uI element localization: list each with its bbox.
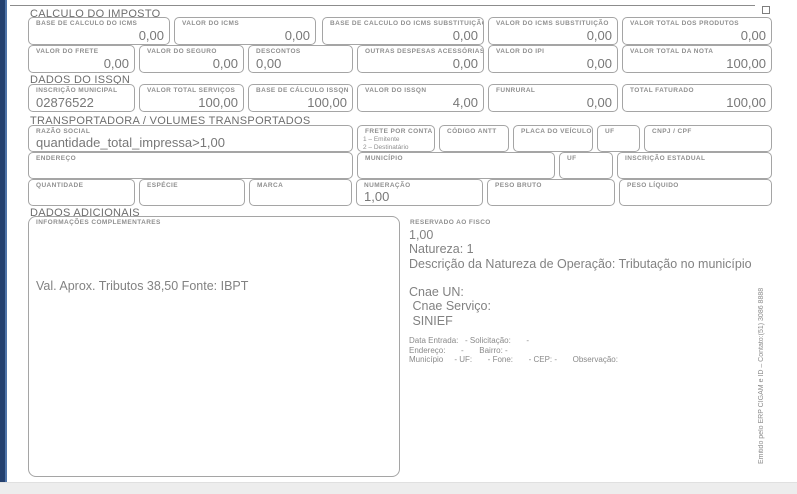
field-razao-social: RAZÃO SOCIAL quantidade_total_impressa>1… bbox=[28, 125, 353, 152]
field-label: BASE DE CALCULO DO ICMS bbox=[36, 20, 169, 27]
field-inscricao-municipal: INSCRIÇÃO MUNICIPAL 02876522 bbox=[28, 84, 135, 112]
field-uf-veiculo: UF bbox=[597, 125, 640, 152]
field-label: MARCA bbox=[257, 182, 351, 189]
fisco-line: SINIEF bbox=[409, 314, 752, 328]
field-codigo-antt: CÓDIGO ANTT bbox=[439, 125, 509, 152]
field-value bbox=[560, 176, 612, 178]
field-label: VALOR DO SEGURO bbox=[147, 48, 243, 55]
field-label: VALOR DO IPI bbox=[496, 48, 617, 55]
field-quantidade: QUANTIDADE bbox=[28, 179, 135, 206]
field-label: BASE DE CÁLCULO ISSQN bbox=[256, 87, 352, 94]
field-label: ESPÉCIE bbox=[147, 182, 244, 189]
field-value: quantidade_total_impressa>1,00 bbox=[29, 136, 352, 151]
field-label: VALOR TOTAL DA NOTA bbox=[630, 48, 771, 55]
window-left-edge-highlight bbox=[5, 0, 7, 482]
fisco-line: Descrição da Natureza de Operação: Tribu… bbox=[409, 257, 752, 271]
field-options: 1 – Emitente2 – Destinatário bbox=[363, 136, 434, 152]
field-peso-bruto: PESO BRUTO bbox=[487, 179, 615, 206]
field-descontos: DESCONTOS 0,00 bbox=[248, 45, 353, 73]
field-value: 0,00 bbox=[358, 57, 483, 72]
field-value bbox=[618, 176, 771, 178]
field-municipio: MUNICÍPIO bbox=[357, 152, 555, 179]
field-value: 1,00 bbox=[357, 190, 482, 205]
field-value: 0,00 bbox=[623, 29, 771, 44]
field-cnpj-cpf: CNPJ / CPF bbox=[644, 125, 772, 152]
field-value: 100,00 bbox=[249, 96, 352, 111]
fisco-line bbox=[409, 271, 752, 285]
field-valor-seguro: VALOR DO SEGURO 0,00 bbox=[139, 45, 244, 73]
field-label: VALOR TOTAL DOS PRODUTOS bbox=[630, 20, 771, 27]
field-inscricao-estadual: INSCRIÇÃO ESTADUAL bbox=[617, 152, 772, 179]
field-value: 02876522 bbox=[29, 96, 134, 111]
field-value bbox=[488, 203, 614, 205]
field-funrural: FUNRURAL 0,00 bbox=[488, 84, 618, 112]
field-label: ENDEREÇO bbox=[36, 155, 352, 162]
field-label: UF bbox=[567, 155, 612, 162]
field-label: CNPJ / CPF bbox=[652, 128, 771, 135]
field-label: PESO LÍQUIDO bbox=[627, 182, 771, 189]
fisco-line: Natureza: 1 bbox=[409, 242, 752, 256]
field-label: TOTAL FATURADO bbox=[630, 87, 771, 94]
field-label: PESO BRUTO bbox=[495, 182, 614, 189]
info-complementares-text: Val. Aprox. Tributos 38,50 Fonte: IBPT bbox=[36, 279, 248, 293]
field-value bbox=[29, 203, 134, 205]
field-value: 4,00 bbox=[358, 96, 483, 111]
danfe-preview-window: CALCULO DO IMPOSTO DADOS DO ISSQN TRANSP… bbox=[0, 0, 797, 494]
field-label: OUTRAS DESPESAS ACESSÓRIAS bbox=[365, 48, 483, 55]
field-label: FRETE POR CONTA bbox=[365, 128, 434, 135]
field-value: 100,00 bbox=[623, 57, 771, 72]
field-label: UF bbox=[605, 128, 639, 135]
top-divider-line bbox=[10, 5, 755, 6]
fisco-detail-line: Endereço: - Bairro: - bbox=[409, 346, 618, 356]
field-valor-icms: VALOR DO ICMS 0,00 bbox=[174, 17, 316, 45]
field-especie: ESPÉCIE bbox=[139, 179, 245, 206]
field-valor-icms-substituicao: VALOR DO ICMS SUBSTITUIÇÃO 0,00 bbox=[488, 17, 618, 45]
field-value: 0,00 bbox=[323, 29, 483, 44]
field-value: 0,00 bbox=[29, 29, 169, 44]
field-value bbox=[598, 149, 639, 151]
field-label: VALOR TOTAL SERVIÇOS bbox=[147, 87, 243, 94]
reservado-fisco-details: Data Entrada: - Solicitação: - Endereço:… bbox=[409, 336, 618, 365]
field-marca: MARCA bbox=[249, 179, 352, 206]
fisco-detail-line: Data Entrada: - Solicitação: - bbox=[409, 336, 618, 346]
field-numeracao: NUMERAÇÃO 1,00 bbox=[356, 179, 483, 206]
corner-checkbox[interactable] bbox=[762, 6, 770, 14]
field-valor-frete: VALOR DO FRETE 0,00 bbox=[28, 45, 135, 73]
reservado-fisco-label: RESERVADO AO FISCO bbox=[410, 219, 491, 226]
field-value bbox=[620, 203, 771, 205]
field-placa-veiculo: PLACA DO VEÍCULO bbox=[513, 125, 593, 152]
field-label: NUMERAÇÃO bbox=[364, 182, 482, 189]
field-base-calculo-icms: BASE DE CALCULO DO ICMS 0,00 bbox=[28, 17, 170, 45]
fisco-detail-line: Município - UF: - Fone: - CEP: - Observa… bbox=[409, 355, 618, 365]
field-value: 100,00 bbox=[623, 96, 771, 111]
fisco-line: Cnae UN: bbox=[409, 285, 752, 299]
field-value bbox=[440, 149, 508, 151]
field-label: QUANTIDADE bbox=[36, 182, 134, 189]
field-outras-despesas: OUTRAS DESPESAS ACESSÓRIAS 0,00 bbox=[357, 45, 484, 73]
field-value: 0,00 bbox=[140, 57, 243, 72]
field-informacoes-complementares: INFORMAÇÕES COMPLEMENTARES Val. Aprox. T… bbox=[28, 216, 400, 477]
field-valor-total-produtos: VALOR TOTAL DOS PRODUTOS 0,00 bbox=[622, 17, 772, 45]
field-label: DESCONTOS bbox=[256, 48, 352, 55]
field-frete-por-conta: FRETE POR CONTA 1 – Emitente2 – Destinat… bbox=[357, 125, 435, 152]
field-label: VALOR DO ISSQN bbox=[365, 87, 483, 94]
field-value bbox=[250, 203, 351, 205]
field-valor-ipi: VALOR DO IPI 0,00 bbox=[488, 45, 618, 73]
fisco-line: 1,00 bbox=[409, 228, 752, 242]
field-value: 100,00 bbox=[140, 96, 243, 111]
field-value: 0,00 bbox=[489, 96, 617, 111]
field-label: FUNRURAL bbox=[496, 87, 617, 94]
field-base-calculo-issqn: BASE DE CÁLCULO ISSQN 100,00 bbox=[248, 84, 353, 112]
field-label: INSCRIÇÃO ESTADUAL bbox=[625, 155, 771, 162]
field-endereco: ENDEREÇO bbox=[28, 152, 353, 179]
field-value: 0,00 bbox=[489, 57, 617, 72]
field-label: RAZÃO SOCIAL bbox=[36, 128, 352, 135]
field-valor-total-nota: VALOR TOTAL DA NOTA 100,00 bbox=[622, 45, 772, 73]
reservado-fisco-text: 1,00 Natureza: 1 Descrição da Natureza d… bbox=[409, 228, 752, 328]
emitted-by-vertical-text: Emitido pelo ERP CIGAM e ID – Contato:(5… bbox=[758, 238, 765, 464]
fisco-line: Cnae Serviço: bbox=[409, 299, 752, 313]
field-value: 0,00 bbox=[249, 57, 352, 72]
field-value: 0,00 bbox=[29, 57, 134, 72]
field-uf: UF bbox=[559, 152, 613, 179]
field-label: VALOR DO ICMS SUBSTITUIÇÃO bbox=[496, 20, 617, 27]
field-total-faturado: TOTAL FATURADO 100,00 bbox=[622, 84, 772, 112]
field-label: VALOR DO FRETE bbox=[36, 48, 134, 55]
field-value bbox=[514, 149, 592, 151]
field-valor-issqn: VALOR DO ISSQN 4,00 bbox=[357, 84, 484, 112]
window-bottom-edge bbox=[0, 482, 797, 494]
field-label: MUNICÍPIO bbox=[365, 155, 554, 162]
field-base-calculo-icms-substituicao: BASE DE CALCULO DO ICMS SUBSTITUIÇÃO 0,0… bbox=[322, 17, 484, 45]
field-label: BASE DE CALCULO DO ICMS SUBSTITUIÇÃO bbox=[330, 20, 483, 27]
field-value bbox=[29, 176, 352, 178]
field-peso-liquido: PESO LÍQUIDO bbox=[619, 179, 772, 206]
field-label: PLACA DO VEÍCULO bbox=[521, 128, 592, 135]
field-value bbox=[358, 176, 554, 178]
field-label: INSCRIÇÃO MUNICIPAL bbox=[36, 87, 134, 94]
field-value: 0,00 bbox=[489, 29, 617, 44]
field-value bbox=[645, 149, 771, 151]
field-value bbox=[140, 203, 244, 205]
field-valor-total-servicos: VALOR TOTAL SERVIÇOS 100,00 bbox=[139, 84, 244, 112]
field-label: CÓDIGO ANTT bbox=[447, 128, 508, 135]
field-label: VALOR DO ICMS bbox=[182, 20, 315, 27]
field-label: INFORMAÇÕES COMPLEMENTARES bbox=[36, 219, 399, 226]
field-value: 0,00 bbox=[175, 29, 315, 44]
